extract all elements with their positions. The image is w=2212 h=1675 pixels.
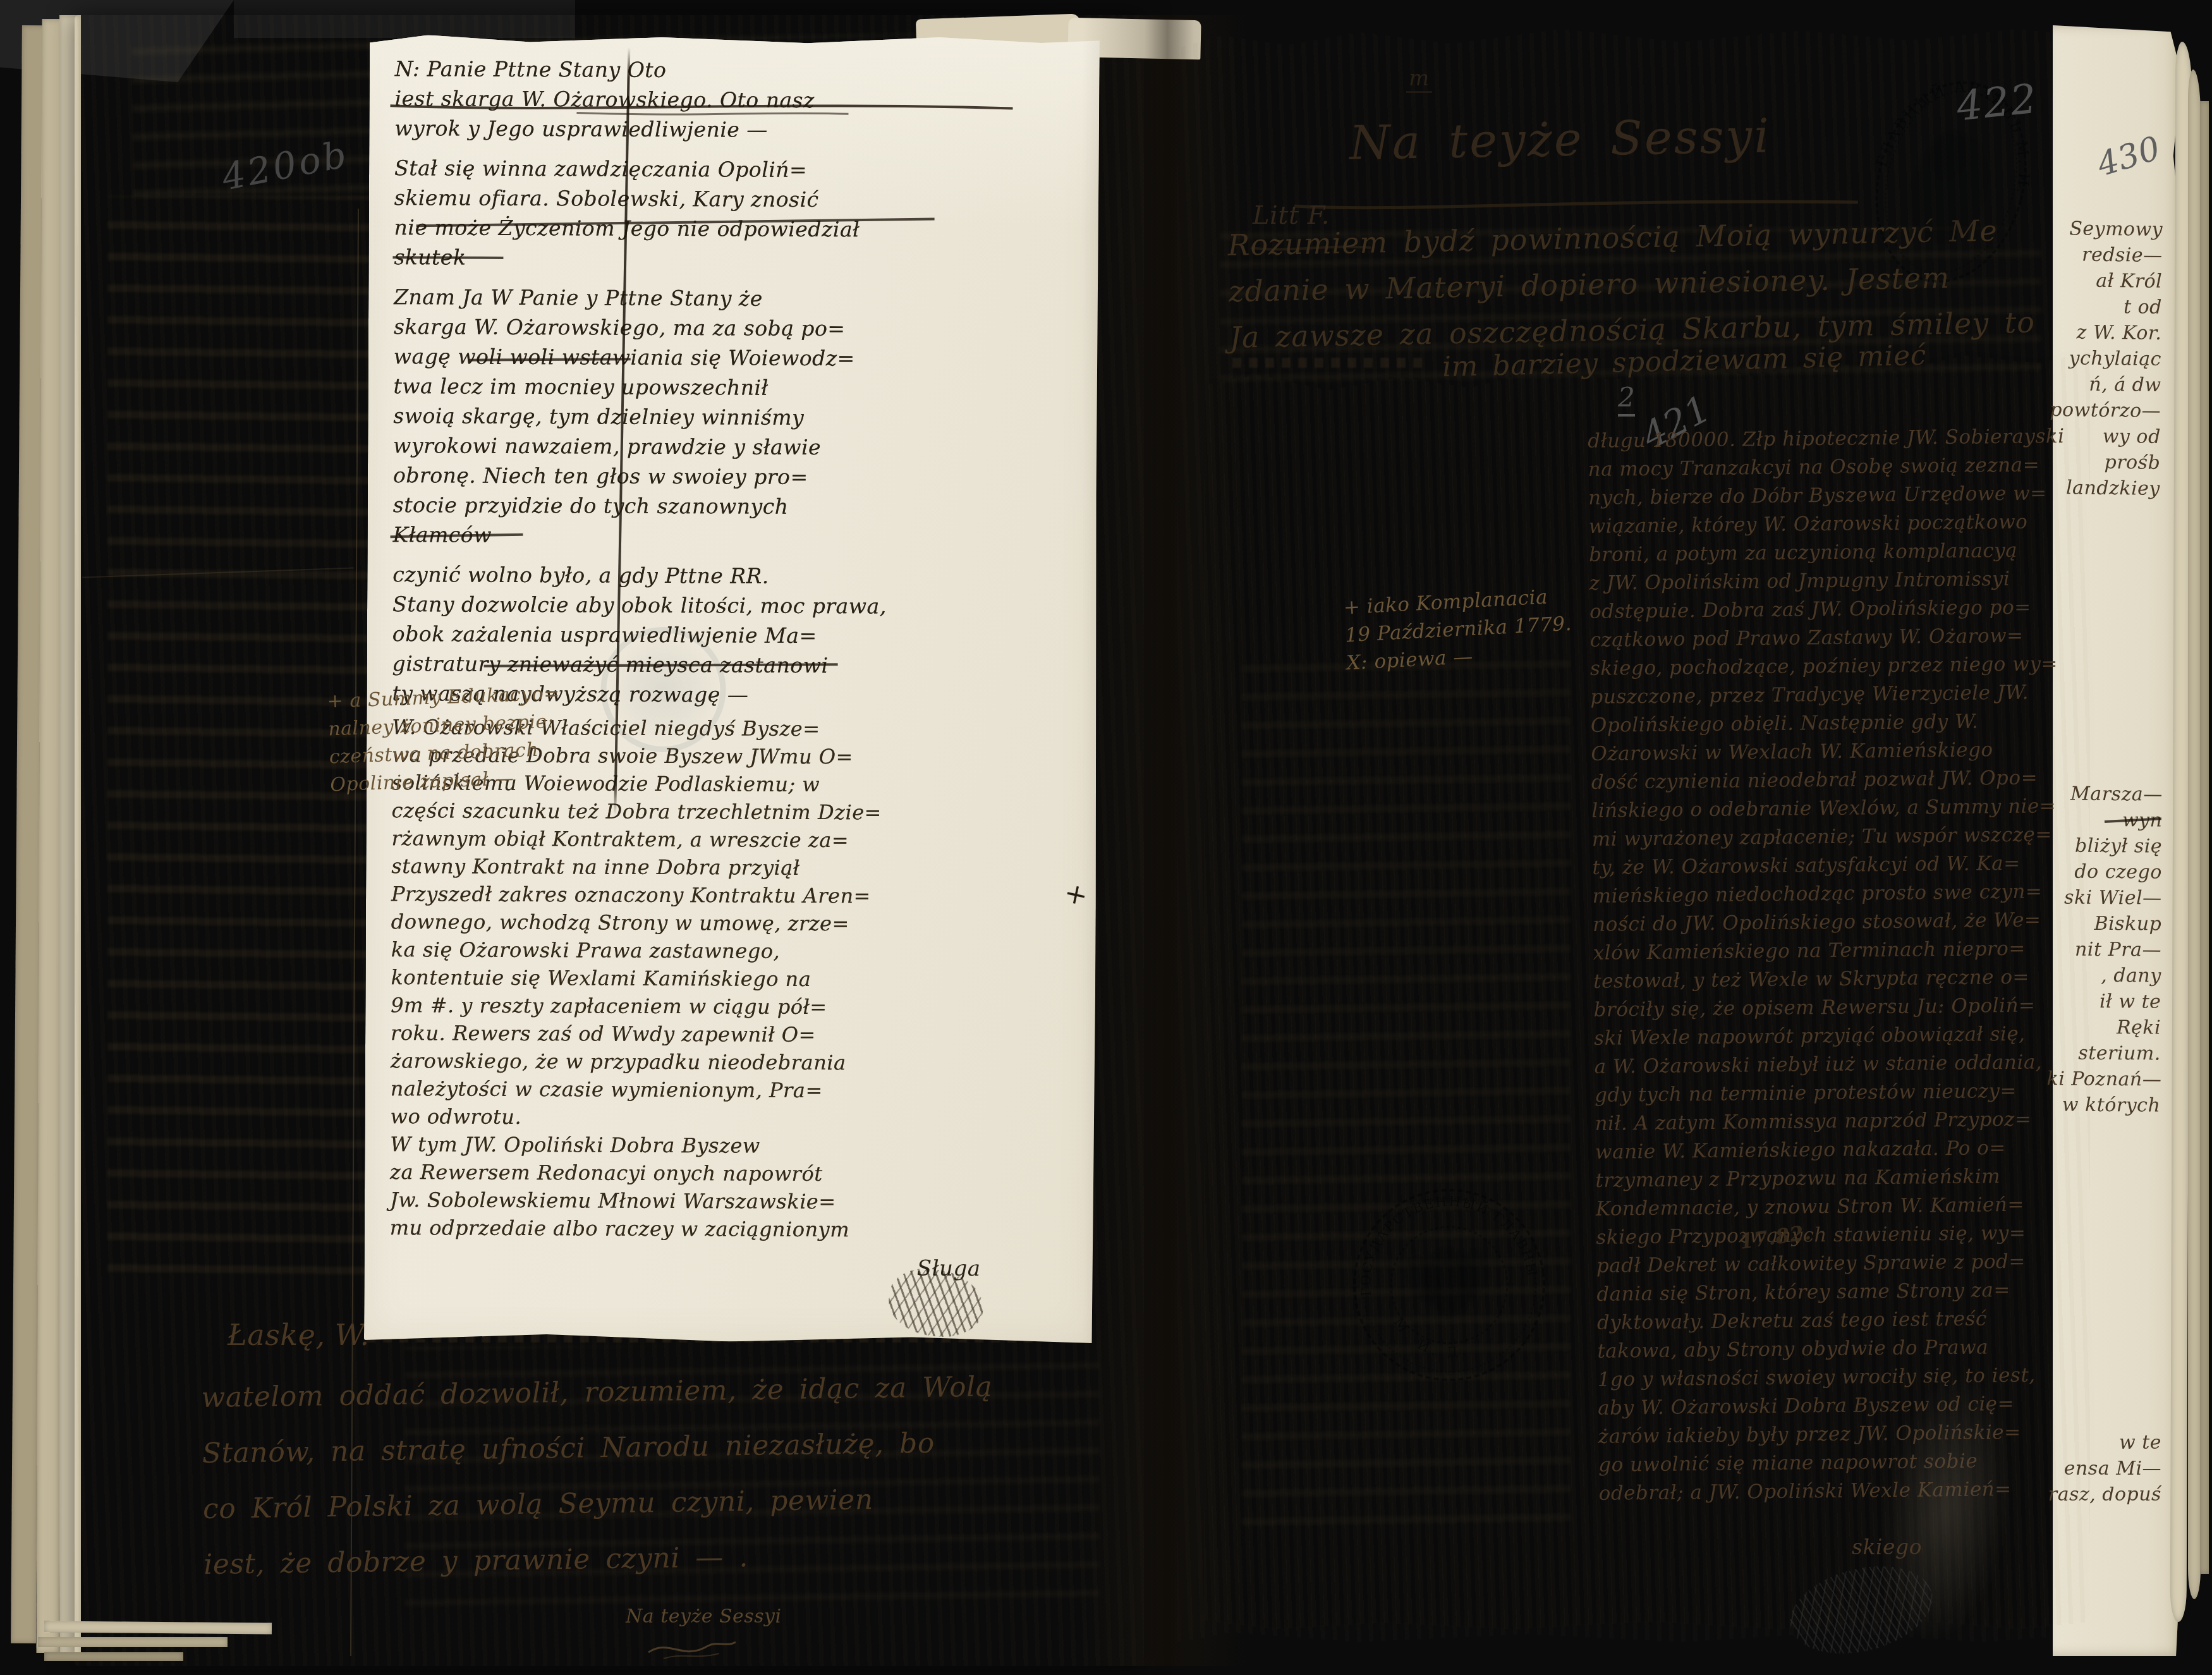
text-line: Ręki	[2047, 1014, 2161, 1040]
text-line: Stany dozwolcie aby obok litości, moc pr…	[392, 589, 1078, 622]
text-line: ił w te	[2047, 988, 2161, 1014]
text-line: stawny Kontrakt na inne Dobra przyiął	[391, 852, 1077, 883]
text-line: twa lecz im mocniey upowszechnił	[393, 371, 1079, 404]
text-line: długu 180000. Złp hipotecznie JW. Sobier…	[1588, 422, 2065, 456]
text-line: wyrokowi nawzaiem, prawdzie y sławie	[393, 430, 1079, 463]
text-line: z JW. Opolińskim od Jmpugny Intromissyi	[1589, 564, 2066, 598]
text-line: ensa Mi—	[2048, 1456, 2161, 1482]
edge-fragments-bottom: w teensa Mi—rasz, dopuś	[2048, 1430, 2161, 1507]
text-line: ki Poznań—	[2046, 1066, 2160, 1092]
text-line: ty, że W. Ożarowski satysfakcyi od W. Ka…	[1592, 849, 2069, 882]
quire-mark: m	[1406, 66, 1432, 93]
text-line: ychylaiąc	[2048, 345, 2161, 372]
text-line: ka się Ożarowski Prawa zastawnego,	[391, 935, 1077, 966]
text-line: N: Panie Pttne Stany Oto	[395, 54, 1081, 87]
text-line: W tym JW. Opoliński Dobra Byszew	[390, 1130, 1076, 1161]
text-line: gdy tych na terminie protestów nieuczy=	[1595, 1076, 2072, 1110]
closing-speech: watelom oddać dozwolił, rozumiem, że idą…	[201, 1360, 995, 1593]
text-line: za Rewersem Redonacyi onych napowrót	[390, 1158, 1076, 1189]
text-line: należytości w czasie wymienionym, Pra=	[391, 1075, 1076, 1105]
text-line: dość czynienia nieodebrał pozwał JW. Opo…	[1591, 764, 2069, 797]
text-line: żarowskiego, że w przypadku nieodebrania	[391, 1047, 1076, 1078]
text-line: Ożarowski w Wexlach W. Kamieńskiego	[1591, 735, 2068, 769]
text-line: xlów Kamieńskiego na Terminach niepro=	[1593, 934, 2070, 968]
text-line: aby W. Ożarowski Dobra Byszew od cię=	[1598, 1389, 2075, 1423]
text-line: ski Wexle napowrót przyiąć obowiązał się…	[1594, 1020, 2071, 1053]
text-line: roku. Rewers zaś od Wwdy zapewnił O=	[391, 1019, 1076, 1050]
text-line: żarów iakieby były przez JW. Opolińskie=	[1598, 1418, 2075, 1451]
text-line: Kondemnacie, y znowu Stron W. Kamień=	[1596, 1190, 2073, 1224]
text-line: mu odprzedaie albo raczey w zaciągnionym	[390, 1214, 1076, 1245]
text-line: obok zażalenia usprawiedliwjenie Ma=	[392, 619, 1078, 652]
text-line: Opolińskiego obięli. Następnie gdy W.	[1591, 707, 2068, 740]
text-line: nie może Życzeniom Jego nie odpowiedział	[394, 212, 1080, 245]
text-line: odstępuie. Dobra zaś JW. Opolińskiego po…	[1589, 593, 2067, 626]
eagle-emblem	[1395, 1239, 1502, 1324]
text-line: a W. Ożarowski niebył iuż w stanie oddan…	[1594, 1048, 2071, 1081]
text-line: wiązanie, którey W. Ożarowski początkowo	[1588, 508, 2065, 541]
text-line: powtórzo—	[2047, 397, 2161, 424]
text-line: redsie—	[2049, 241, 2163, 269]
text-line: ności do JW. Opolińskiego stosował, że W…	[1593, 906, 2070, 939]
text-line: mi wyrażoney zapłacenie; Tu wspór wszczę…	[1592, 820, 2069, 854]
catchword: skiego	[1852, 1535, 1922, 1559]
text-line: czynić wolno było, a gdy Pttne RR.	[392, 559, 1078, 592]
signature: Sługa	[389, 1252, 980, 1284]
text-line: bróciły się, że opisem Rewersu Ju: Opoli…	[1593, 991, 2070, 1025]
inset-mark: 2	[1618, 382, 1635, 417]
stamp-text: М. И. Д.	[1389, 1306, 1471, 1369]
text-line: ał Król	[2048, 267, 2162, 295]
text-line: kontentuie się Wexlami Kamińskiego na	[391, 963, 1076, 994]
deckle-edge	[2200, 101, 2209, 1574]
text-line: go uwolnić się miane napowrot sobie	[1598, 1446, 2075, 1480]
text-line: Znam Ja W Panie y Pttne Stany że	[394, 282, 1079, 315]
text-line: t od	[2048, 293, 2162, 320]
text-block: Znam Ja W Panie y Pttne Stany żeskarga W…	[392, 282, 1079, 552]
text-line: odebrał; a JW. Opoliński Wexle Kamień=	[1598, 1475, 2075, 1508]
text-line: ń, á dw	[2047, 371, 2161, 398]
text-line: 1go y własności swoiey wrociły się, to i…	[1598, 1361, 2075, 1394]
text-line: w te	[2048, 1430, 2161, 1456]
margin-note-date: + iako Komplanacia19 Października 1779.X…	[1343, 582, 1574, 678]
text-line: broni, a potym za uczynioną komplanacyą	[1589, 536, 2066, 569]
text-line: padł Dekret w całkowitey Sprawie z pod=	[1596, 1247, 2074, 1281]
text-line: takowa, aby Strony obydwie do Prawa	[1597, 1332, 2074, 1366]
text-line: do czego	[2048, 858, 2162, 885]
text-line: czątkowo pod Prawo Zastawy W. Ożarow=	[1589, 621, 2067, 655]
text-line: , dany	[2048, 962, 2161, 989]
text-line: z W. Kor.	[2048, 319, 2161, 346]
text-line: lińskiego o odebranie Wexlów, a Summy ni…	[1591, 792, 2069, 825]
text-line: sterium.	[2047, 1040, 2161, 1066]
text-line: puszczone, przez Tradycyę Wierzyciele JW…	[1590, 678, 2067, 712]
sheet-text: N: Panie Pttne Stany Otoiest skarga W. O…	[389, 54, 1080, 1284]
text-line: iest, że dobrze y prawnie czyni — .	[204, 1526, 995, 1592]
text-line: na mocy Tranzakcyi na Osobę swoią zezna=	[1588, 451, 2065, 484]
archival-scan: { "meta": { "description": "Two-page spr…	[0, 0, 2212, 1675]
ink-strike	[392, 256, 503, 259]
page-title: Na teyże Sessyi	[1349, 109, 1771, 171]
text-line: trzymaney z Przypozwu na Kamieńskim	[1595, 1162, 2072, 1195]
text-line: bliżył się	[2048, 832, 2162, 859]
text-line: 9m #. y reszty zapłaceniem w ciągu pół=	[391, 991, 1076, 1022]
text-line: w których	[2046, 1092, 2160, 1118]
text-line: dania się Stron, którey same Strony za=	[1596, 1276, 2074, 1309]
text-line: swoią skargę, tym dzielniey winniśmy	[393, 401, 1079, 434]
svg-text:М. И. Д.: М. И. Д.	[1389, 1306, 1471, 1369]
text-line: wy od	[2047, 423, 2161, 450]
text-line: skiemu ofiara. Sobolewski, Kary znosić	[394, 183, 1080, 216]
text-line: nit Pra—	[2048, 936, 2161, 963]
archive-stamp-round: ГОСУДАРСТВЕННЫЙ ГЛАВНЫЙ АРХИВЪ М. И. Д.	[1332, 1167, 1567, 1403]
text-line: downego, wchodzą Strony w umowę, zrze=	[391, 908, 1077, 939]
header-underline	[1289, 187, 1871, 215]
edge-fragments-middle: Marsza—wynbliżył siędo czegoski Wiel—Bis…	[2046, 781, 2163, 1118]
text-line: Biskup	[2048, 910, 2161, 937]
folio-number-right: 422	[1954, 76, 2039, 131]
text-line: skiego Przypozwanych stawieniu się, wy=	[1596, 1219, 2073, 1252]
text-line: Stał się winna zawdzięczania Opoliń=	[394, 153, 1080, 186]
text-line: Seymowy	[2049, 216, 2163, 243]
session-note: Na teyże Sessyi	[626, 1605, 782, 1628]
inset-column: długu 180000. Złp hipotecznie JW. Sobier…	[1588, 422, 2075, 1508]
text-line: testował, y też Wexle w Skrypta ręczne o…	[1593, 963, 2070, 996]
text-line: wanie W. Kamieńskiego nakazała. Po o=	[1595, 1133, 2072, 1167]
bleed-through	[1242, 657, 1571, 1542]
text-line: prośb	[2046, 449, 2160, 476]
text-line: rasz, dopuś	[2048, 1482, 2161, 1507]
text-line: mieńskiego niedochodząc prosto swe czyn=	[1593, 877, 2070, 911]
text-line: Przyszedł zakres oznaczony Kontraktu Are…	[391, 880, 1077, 911]
text-line: Marsza—	[2049, 781, 2163, 807]
text-line: dyktowały. Dekretu zaś tego iest treść	[1597, 1304, 2074, 1337]
text-line: Stanów, na stratę ufności Narodu niezasł…	[202, 1415, 994, 1482]
text-line: nił. A zatym Kommissya naprzód Przypoz=	[1595, 1105, 2072, 1138]
deckle-edge	[2188, 70, 2201, 1599]
text-line: skiego, pochodzące, poźniey przez niego …	[1590, 650, 2067, 683]
text-line: stocie przyidzie do tych szanownych	[393, 490, 1079, 523]
text-line: skarga W. Ożarowskiego, ma za sobą po=	[394, 312, 1079, 344]
text-line: nych, bierze do Dóbr Byszewa Urzędowe w=	[1588, 479, 2065, 513]
text-line: landzkiey	[2046, 475, 2160, 502]
flourish-mark	[645, 1635, 739, 1664]
text-line: wagę woli woli wstawiania się Woiewodz=	[394, 341, 1079, 374]
edge-fragments-top: Seymowyredsie—ał Królt odz W. Kor.ychyla…	[2046, 216, 2163, 502]
text-line: części szacunku też Dobra trzechletnim D…	[392, 796, 1078, 827]
margin-note-left: + a Summy Edukacyo=nalney żoniney bezpie…	[327, 680, 563, 800]
text-line: Jw. Sobolewskiemu Młnowi Warszawskie=	[390, 1186, 1076, 1217]
heading-underline	[387, 93, 1019, 118]
text-line: rżawnym obiął Kontraktem, a wreszcie za=	[391, 824, 1077, 855]
text-line: wo odwrotu.	[390, 1102, 1076, 1133]
text-line: obronę. Niech ten głos w swoiey pro=	[393, 460, 1079, 493]
text-line: ski Wiel—	[2048, 884, 2161, 911]
partial-covered-line: Łaskę, W.	[228, 1318, 370, 1352]
